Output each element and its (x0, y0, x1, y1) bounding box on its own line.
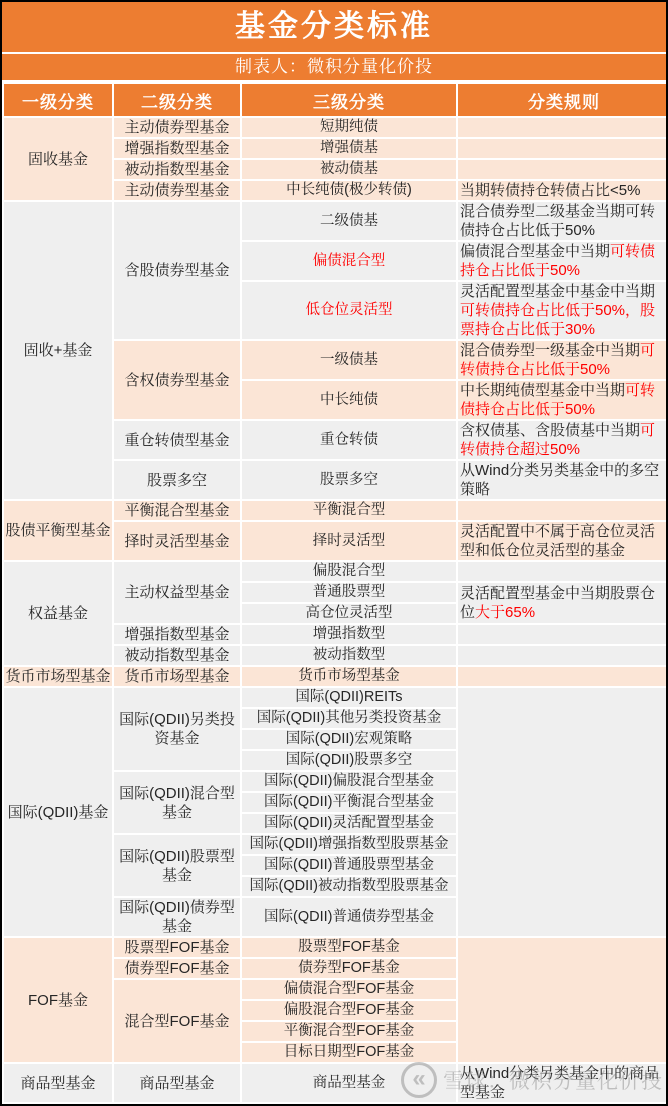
cell-rule (457, 561, 668, 582)
rule-text-highlight: 大于65% (475, 604, 535, 621)
cell-l2-label: 股票型FOF基金 (113, 937, 241, 958)
cell-l2-label: 国际(QDII)债券型基金 (113, 897, 241, 937)
cell-rule: 灵活配置中不属于高仓位灵活型和低仓位灵活型的基金 (457, 521, 668, 561)
cell-l3-label: 短期纯债 (241, 117, 457, 138)
cell-l1-label: 股债平衡型基金 (3, 500, 113, 561)
cell-l3-label: 目标日期型FOF基金 (241, 1042, 457, 1063)
page-title: 基金分类标准 (2, 2, 666, 54)
cell-rule: 混合债券型一级基金中当期可转债持仓占比低于50% (457, 340, 668, 380)
cell-rule (457, 687, 668, 937)
rule-text: 含权债基、含股债基中当期 (460, 422, 640, 439)
sheet-author-line: 制表人：微积分量化价投 (2, 54, 666, 82)
rule-text: 从Wind分类另类基金中的多空策略 (460, 462, 659, 498)
cell-l3-label: 偏债混合型 (241, 241, 457, 281)
table-row: 权益基金主动权益型基金偏股混合型 (3, 561, 668, 582)
cell-l1-label: 权益基金 (3, 561, 113, 666)
cell-rule (457, 117, 668, 138)
table-header-row: 一级分类 二级分类 三级分类 分类规则 (3, 83, 668, 117)
cell-l2-label: 国际(QDII)混合型基金 (113, 771, 241, 834)
cell-l3-label: 高仓位灵活型 (241, 603, 457, 624)
cell-l3-label: 被动指数型 (241, 645, 457, 666)
cell-l2-label: 增强指数型基金 (113, 138, 241, 159)
cell-rule: 含权债基、含股债基中当期可转债持仓超过50% (457, 420, 668, 460)
cell-l3-label: 重仓转债 (241, 420, 457, 460)
cell-l2-label: 股票多空 (113, 460, 241, 500)
cell-l3-label: 增强债基 (241, 138, 457, 159)
cell-l3-label: 低仓位灵活型 (241, 281, 457, 340)
cell-l3-label: 偏股混合型FOF基金 (241, 1000, 457, 1021)
cell-l3-label: 国际(QDII)普通债券型基金 (241, 897, 457, 937)
cell-l3-label: 国际(QDII)其他另类投资基金 (241, 708, 457, 729)
cell-rule: 中长期纯债型基金中当期可转债持仓占比低于50% (457, 380, 668, 420)
cell-l3-label: 国际(QDII)灵活配置型基金 (241, 813, 457, 834)
cell-l2-label: 含权债券型基金 (113, 340, 241, 420)
table-row: 固收基金主动债券型基金短期纯债 (3, 117, 668, 138)
table-row: FOF基金股票型FOF基金股票型FOF基金 (3, 937, 668, 958)
column-header-level3: 三级分类 (241, 83, 457, 117)
cell-rule: 灵活配置型基金中基金中当期可转债持仓占比低于50%，股票持仓占比低于30% (457, 281, 668, 340)
cell-l3-label: 货币市场型基金 (241, 666, 457, 687)
cell-l1-label: 国际(QDII)基金 (3, 687, 113, 937)
cell-l3-label: 中长纯债 (241, 380, 457, 420)
cell-l3-label: 国际(QDII)增强指数型股票基金 (241, 834, 457, 855)
rule-text: 从Wind分类另类基金中的商品型基金 (460, 1065, 659, 1101)
cell-l2-label: 国际(QDII)另类投资基金 (113, 687, 241, 771)
cell-rule (457, 624, 668, 645)
table-row: 商品型基金商品型基金商品型基金从Wind分类另类基金中的商品型基金 (3, 1063, 668, 1103)
cell-l3-label: 被动债基 (241, 159, 457, 180)
cell-l3-label: 国际(QDII)普通股票型基金 (241, 855, 457, 876)
cell-l3-label: 普通股票型 (241, 582, 457, 603)
cell-l2-label: 平衡混合型基金 (113, 500, 241, 521)
rule-text: 混合债券型一级基金中当期 (460, 342, 640, 359)
cell-rule (457, 937, 668, 1063)
cell-rule: 灵活配置型基金中当期股票仓位大于65% (457, 582, 668, 624)
cell-l2-label: 重仓转债型基金 (113, 420, 241, 460)
table-row: 国际(QDII)基金国际(QDII)另类投资基金国际(QDII)REITs (3, 687, 668, 708)
cell-l3-label: 增强指数型 (241, 624, 457, 645)
cell-l3-label: 国际(QDII)股票多空 (241, 750, 457, 771)
cell-rule (457, 645, 668, 666)
table-row: 固收+基金含股债券型基金二级债基混合债券型二级基金当期可转债持仓占比低于50% (3, 201, 668, 241)
cell-l3-label: 股票多空 (241, 460, 457, 500)
cell-l2-label: 被动指数型基金 (113, 645, 241, 666)
cell-l2-label: 混合型FOF基金 (113, 979, 241, 1063)
classification-table-body: 固收基金主动债券型基金短期纯债增强指数型基金增强债基被动指数型基金被动债基主动债… (3, 117, 668, 1103)
cell-l2-label: 国际(QDII)股票型基金 (113, 834, 241, 897)
cell-l3-label: 择时灵活型 (241, 521, 457, 561)
cell-rule (457, 138, 668, 159)
cell-l1-label: 固收+基金 (3, 201, 113, 500)
cell-l2-label: 主动债券型基金 (113, 180, 241, 201)
cell-l3-label: 平衡混合型FOF基金 (241, 1021, 457, 1042)
cell-l2-label: 货币市场型基金 (113, 666, 241, 687)
cell-rule: 偏债混合型基金中当期可转债持仓占比低于50% (457, 241, 668, 281)
cell-l3-label: 债券型FOF基金 (241, 958, 457, 979)
cell-l1-label: FOF基金 (3, 937, 113, 1063)
cell-l3-label: 国际(QDII)平衡混合型基金 (241, 792, 457, 813)
cell-l2-label: 含股债券型基金 (113, 201, 241, 340)
cell-l3-label: 国际(QDII)REITs (241, 687, 457, 708)
cell-rule (457, 159, 668, 180)
cell-l3-label: 平衡混合型 (241, 500, 457, 521)
rule-text-highlight: 可转债持仓占比低于50%，股票持仓占比低于30% (460, 302, 655, 338)
rule-text: 灵活配置中不属于高仓位灵活型和低仓位灵活型的基金 (460, 523, 655, 559)
cell-l3-label: 商品型基金 (241, 1063, 457, 1103)
cell-l3-label: 二级债基 (241, 201, 457, 241)
cell-l2-label: 主动权益型基金 (113, 561, 241, 624)
fund-classification-table: 一级分类 二级分类 三级分类 分类规则 固收基金主动债券型基金短期纯债增强指数型… (2, 82, 668, 1104)
rule-text: 混合债券型二级基金当期可转债持仓占比低于50% (460, 203, 655, 239)
cell-l3-label: 国际(QDII)宏观策略 (241, 729, 457, 750)
cell-rule: 从Wind分类另类基金中的多空策略 (457, 460, 668, 500)
cell-l3-label: 中长纯债(极少转债) (241, 180, 457, 201)
column-header-level1: 一级分类 (3, 83, 113, 117)
cell-l3-label: 一级债基 (241, 340, 457, 380)
cell-l2-label: 择时灵活型基金 (113, 521, 241, 561)
cell-l1-label: 商品型基金 (3, 1063, 113, 1103)
cell-rule: 混合债券型二级基金当期可转债持仓占比低于50% (457, 201, 668, 241)
rule-text: 中长期纯债型基金中当期 (460, 382, 625, 399)
cell-l2-label: 被动指数型基金 (113, 159, 241, 180)
cell-l2-label: 主动债券型基金 (113, 117, 241, 138)
fund-classification-sheet: 基金分类标准 制表人：微积分量化价投 一级分类 二级分类 三级分类 分类规则 固… (0, 0, 668, 1106)
cell-rule (457, 666, 668, 687)
cell-rule: 当期转债持仓转债占比<5% (457, 180, 668, 201)
table-header: 一级分类 二级分类 三级分类 分类规则 (3, 83, 668, 117)
cell-l2-label: 债券型FOF基金 (113, 958, 241, 979)
rule-text: 当期转债持仓转债占比<5% (460, 182, 640, 199)
cell-l2-label: 增强指数型基金 (113, 624, 241, 645)
column-header-rules: 分类规则 (457, 83, 668, 117)
cell-l2-label: 商品型基金 (113, 1063, 241, 1103)
cell-rule (457, 500, 668, 521)
cell-l1-label: 货币市场型基金 (3, 666, 113, 687)
cell-l3-label: 偏股混合型 (241, 561, 457, 582)
cell-l1-label: 固收基金 (3, 117, 113, 201)
cell-l3-label: 股票型FOF基金 (241, 937, 457, 958)
cell-l3-label: 偏债混合型FOF基金 (241, 979, 457, 1000)
table-row: 股债平衡型基金平衡混合型基金平衡混合型 (3, 500, 668, 521)
cell-l3-label: 国际(QDII)被动指数型股票基金 (241, 876, 457, 897)
cell-rule: 从Wind分类另类基金中的商品型基金 (457, 1063, 668, 1103)
table-row: 货币市场型基金货币市场型基金货币市场型基金 (3, 666, 668, 687)
rule-text: 偏债混合型基金中当期 (460, 243, 610, 260)
rule-text: 灵活配置型基金中基金中当期 (460, 283, 655, 300)
column-header-level2: 二级分类 (113, 83, 241, 117)
cell-l3-label: 国际(QDII)偏股混合型基金 (241, 771, 457, 792)
